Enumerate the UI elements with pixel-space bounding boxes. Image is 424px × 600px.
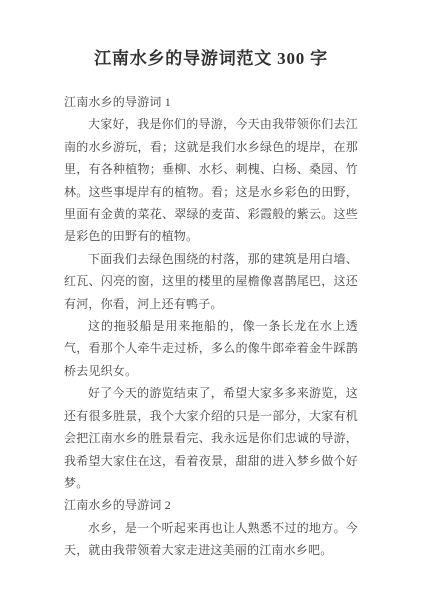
paragraph: 水乡，是一个听起来再也让人熟悉不过的地方。今天，就由我带领着大家走进这美丽的江南… bbox=[64, 517, 358, 562]
document-title: 江南水乡的导游词范文 300 字 bbox=[64, 46, 358, 72]
paragraph: 这的拖驳船是用来拖船的，像一条长龙在水上透气，看那个人牵牛走过桥，多么的像牛郎牵… bbox=[64, 315, 358, 382]
section-heading-1: 江南水乡的导游词 1 bbox=[64, 91, 358, 113]
section-heading-2: 江南水乡的导游词 2 bbox=[64, 494, 358, 516]
document-page: 江南水乡的导游词范文 300 字 江南水乡的导游词 1 大家好，我是你们的导游，… bbox=[0, 0, 424, 600]
document-body: 江南水乡的导游词 1 大家好，我是你们的导游，今天由我带领你们去江南的水乡游玩，… bbox=[64, 91, 358, 562]
paragraph: 下面我们去绿色围绕的村落，那的建筑是用白墙、红瓦、闪亮的窗，这里的楼里的屋檐像喜… bbox=[64, 248, 358, 315]
paragraph: 好了今天的游览结束了，希望大家多多来游览，这还有很多胜景，我个大家介绍的只是一部… bbox=[64, 382, 358, 494]
paragraph: 大家好，我是你们的导游，今天由我带领你们去江南的水乡游玩，看；这就是我们水乡绿色… bbox=[64, 113, 358, 247]
